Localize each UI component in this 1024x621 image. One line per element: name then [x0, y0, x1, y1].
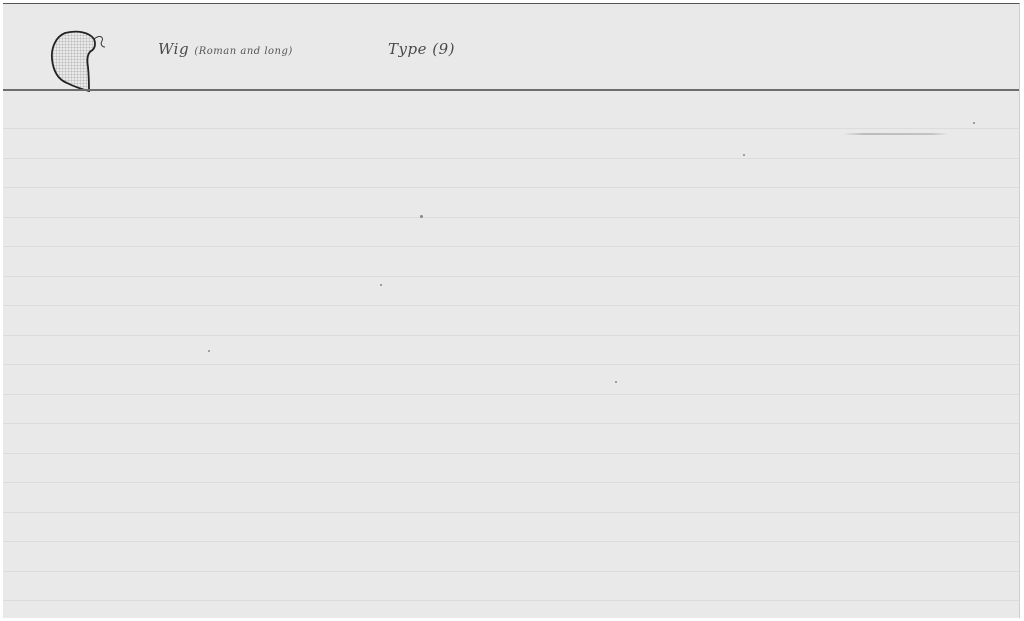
ruled-line: [3, 364, 1019, 365]
ruled-line: [3, 187, 1019, 188]
ruled-line: [3, 305, 1019, 306]
ruled-line: [3, 394, 1019, 395]
index-card: Wig (Roman and long) Type (9): [3, 3, 1020, 618]
paper-speck: [615, 381, 617, 383]
ruled-line: [3, 217, 1019, 218]
title-note: (Roman and long): [194, 46, 292, 57]
ruled-line: [3, 423, 1019, 424]
ruled-line: [3, 335, 1019, 336]
ruled-line: [3, 276, 1019, 277]
ruled-line: [3, 128, 1019, 129]
ruled-line: [3, 571, 1019, 572]
ruled-line: [3, 541, 1019, 542]
paper-speck: [973, 122, 975, 124]
ruled-line: [3, 600, 1019, 601]
ruled-line: [3, 246, 1019, 247]
title-word: Wig: [158, 40, 189, 58]
ruled-line: [3, 158, 1019, 159]
paper-speck: [420, 215, 423, 218]
wig-sketch-icon: [47, 29, 109, 93]
paper-speck: [380, 284, 382, 286]
paper-speck: [743, 154, 745, 156]
paper-speck: [208, 350, 210, 352]
header-rule: [3, 89, 1019, 91]
ruled-line: [3, 512, 1019, 513]
ruled-line: [3, 482, 1019, 483]
card-title: Wig (Roman and long): [158, 40, 293, 58]
ruled-line: [3, 453, 1019, 454]
type-label: Type (9): [388, 40, 455, 58]
erased-mark: [843, 133, 948, 135]
